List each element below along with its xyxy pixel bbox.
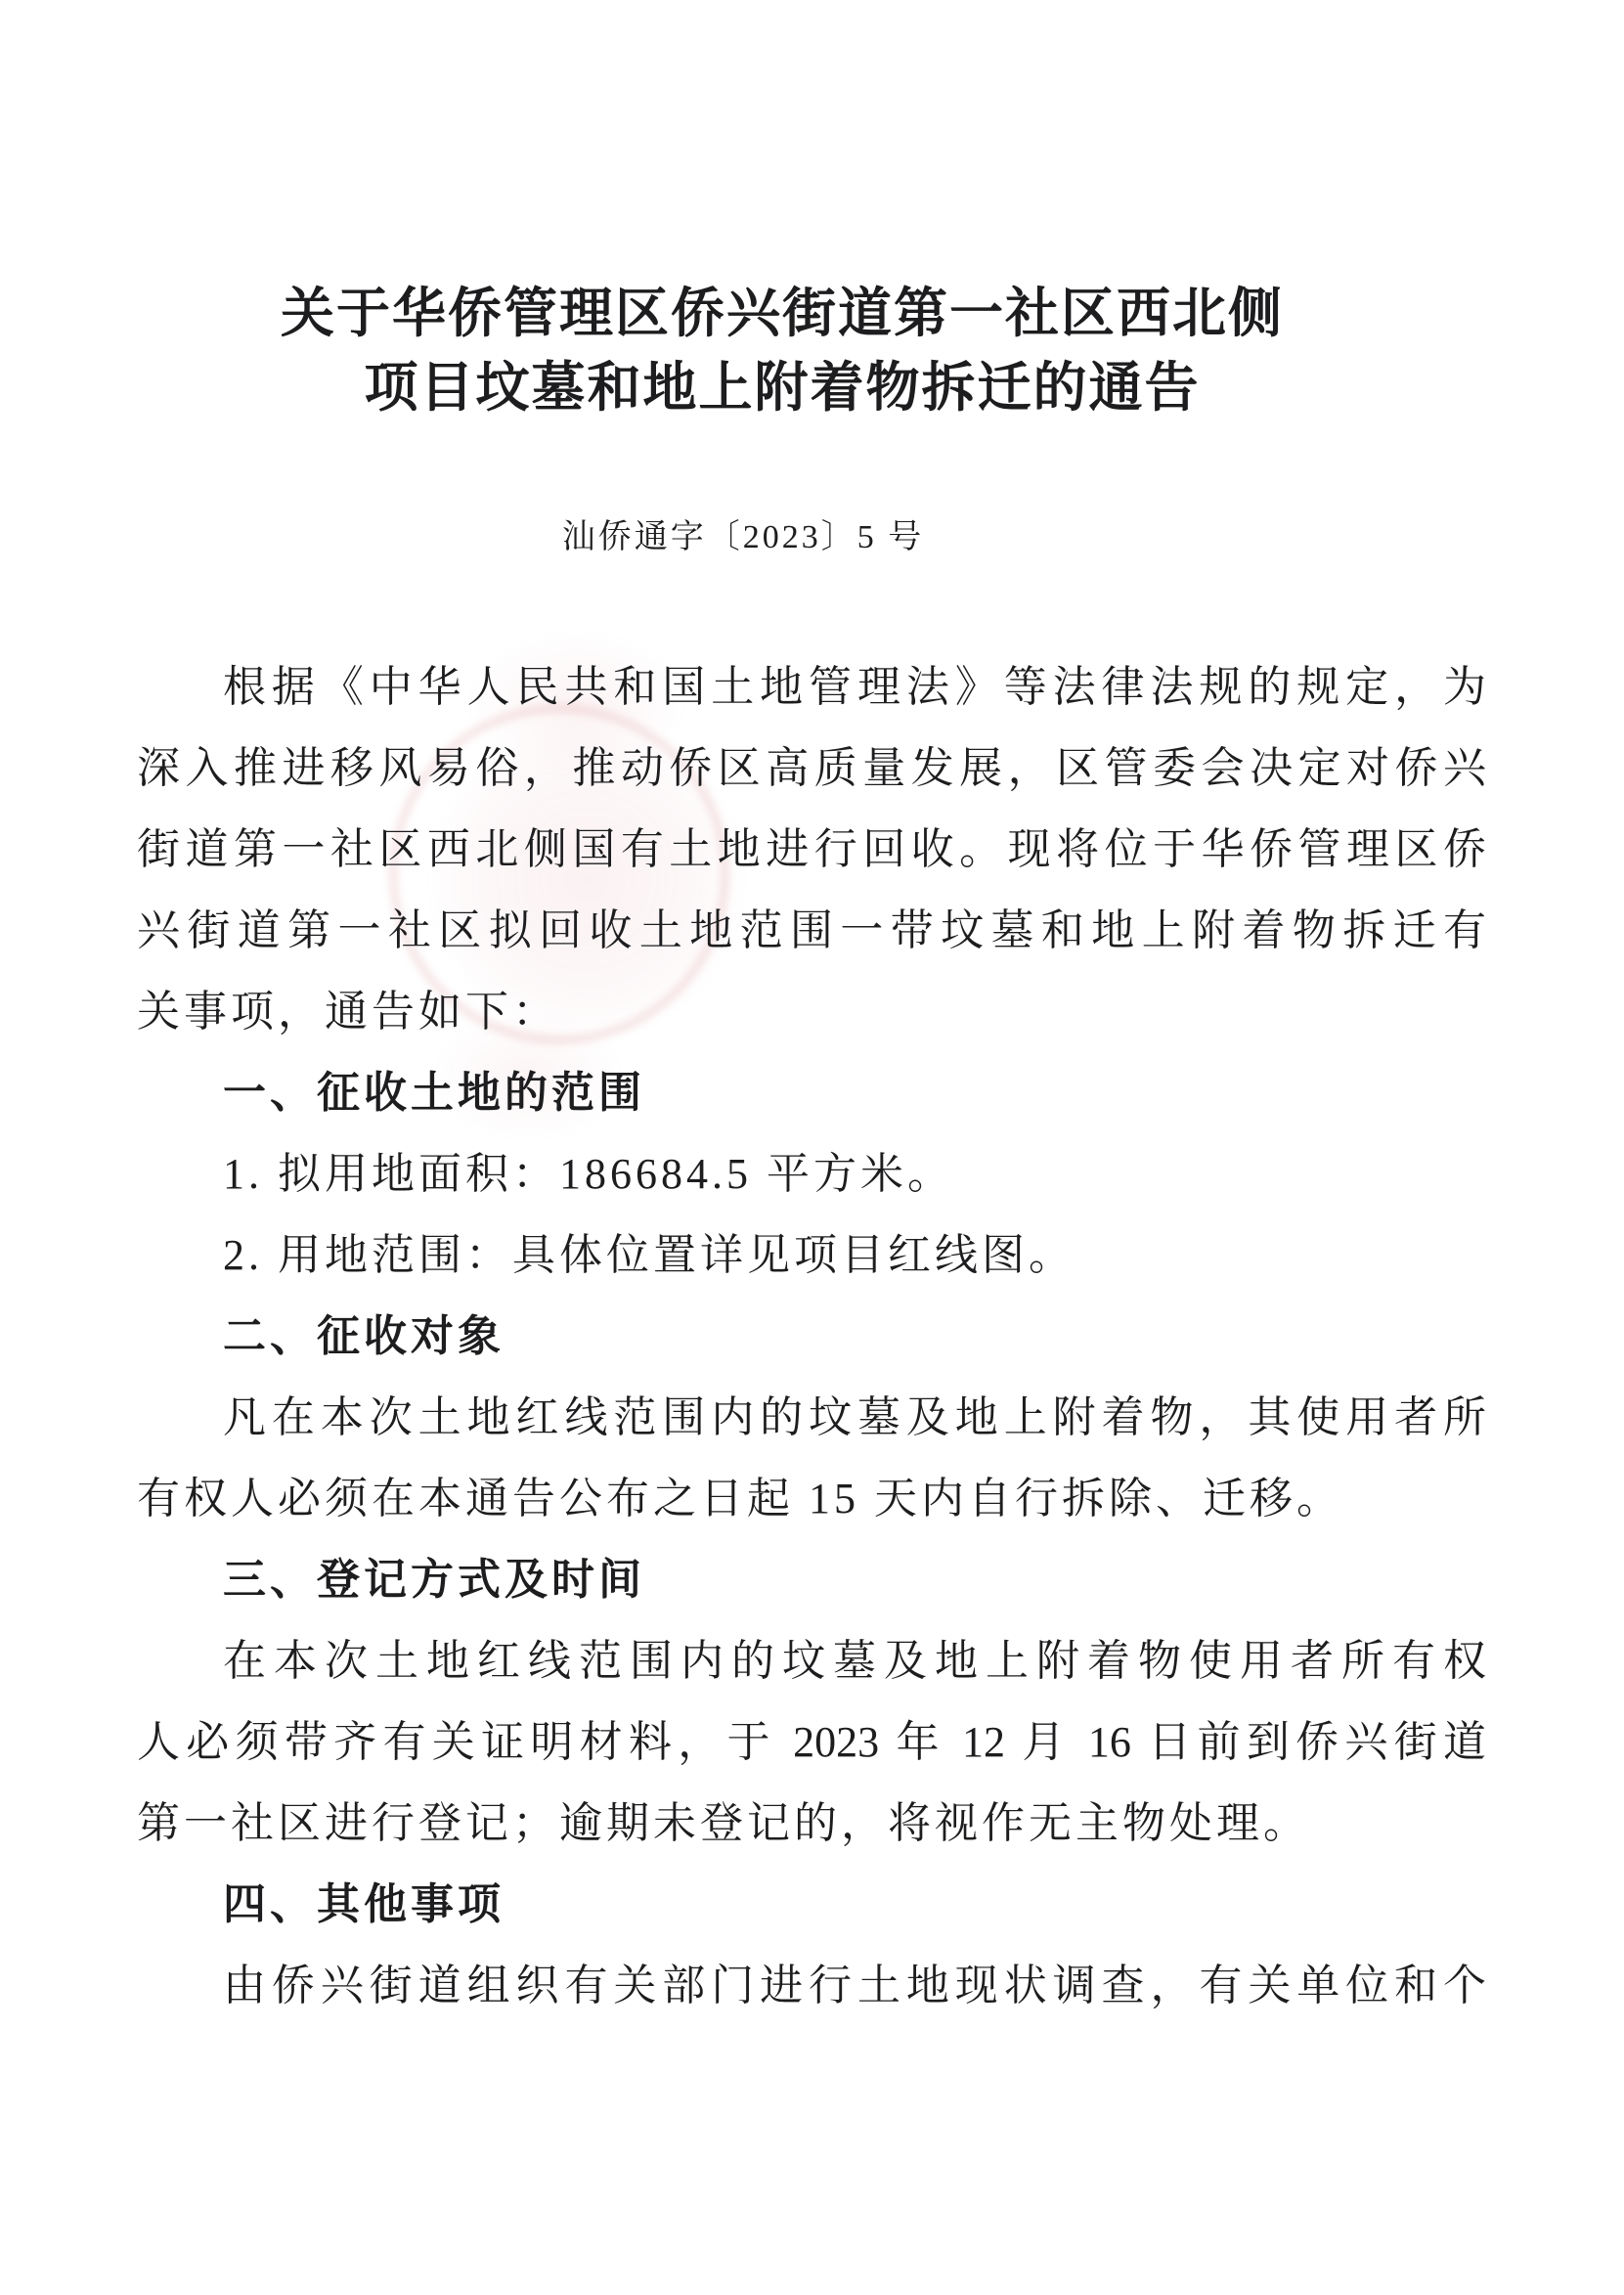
- body-line: 在本次土地红线范围内的坟墓及地上附着物使用者所有权: [137, 1620, 1486, 1701]
- document-title: 关于华侨管理区侨兴街道第一社区西北侧 项目坟墓和地上附着物拆迁的通告: [88, 277, 1476, 425]
- document-number: 汕侨通字〔2023〕5 号: [88, 514, 1398, 561]
- body-line: 2. 用地范围：具体位置详见项目红线图。: [137, 1214, 1486, 1296]
- section-heading: 一、征收土地的范围: [137, 1052, 1486, 1133]
- body-line: 人必须带齐有关证明材料，于 2023 年 12 月 16 日前到侨兴街道: [137, 1701, 1486, 1783]
- body-line: 凡在本次土地红线范围内的坟墓及地上附着物，其使用者所: [137, 1377, 1486, 1458]
- body-line: 兴街道第一社区拟回收土地范围一带坟墓和地上附着物拆迁有: [137, 890, 1486, 971]
- body-line: 根据《中华人民共和国土地管理法》等法律法规的规定，为: [137, 646, 1486, 728]
- body-line: 深入推进移风易俗，推动侨区高质量发展，区管委会决定对侨兴: [137, 728, 1486, 809]
- section-heading: 二、征收对象: [137, 1296, 1486, 1377]
- body-line: 1. 拟用地面积：186684.5 平方米。: [137, 1133, 1486, 1214]
- body-line: 第一社区进行登记；逾期未登记的，将视作无主物处理。: [137, 1783, 1486, 1864]
- title-line-2: 项目坟墓和地上附着物拆迁的通告: [88, 351, 1476, 425]
- section-heading: 三、登记方式及时间: [137, 1539, 1486, 1620]
- document-body: 根据《中华人民共和国土地管理法》等法律法规的规定，为 深入推进移风易俗，推动侨区…: [137, 646, 1486, 2026]
- body-line: 有权人必须在本通告公布之日起 15 天内自行拆除、迁移。: [137, 1458, 1486, 1539]
- body-line: 由侨兴街道组织有关部门进行土地现状调查，有关单位和个: [137, 1945, 1486, 2026]
- body-line: 街道第一社区西北侧国有土地进行回收。现将位于华侨管理区侨: [137, 809, 1486, 890]
- document-page: 关于华侨管理区侨兴街道第一社区西北侧 项目坟墓和地上附着物拆迁的通告 汕侨通字〔…: [0, 0, 1624, 2295]
- title-line-1: 关于华侨管理区侨兴街道第一社区西北侧: [88, 277, 1476, 351]
- body-line: 关事项，通告如下：: [137, 971, 1486, 1052]
- section-heading: 四、其他事项: [137, 1864, 1486, 1945]
